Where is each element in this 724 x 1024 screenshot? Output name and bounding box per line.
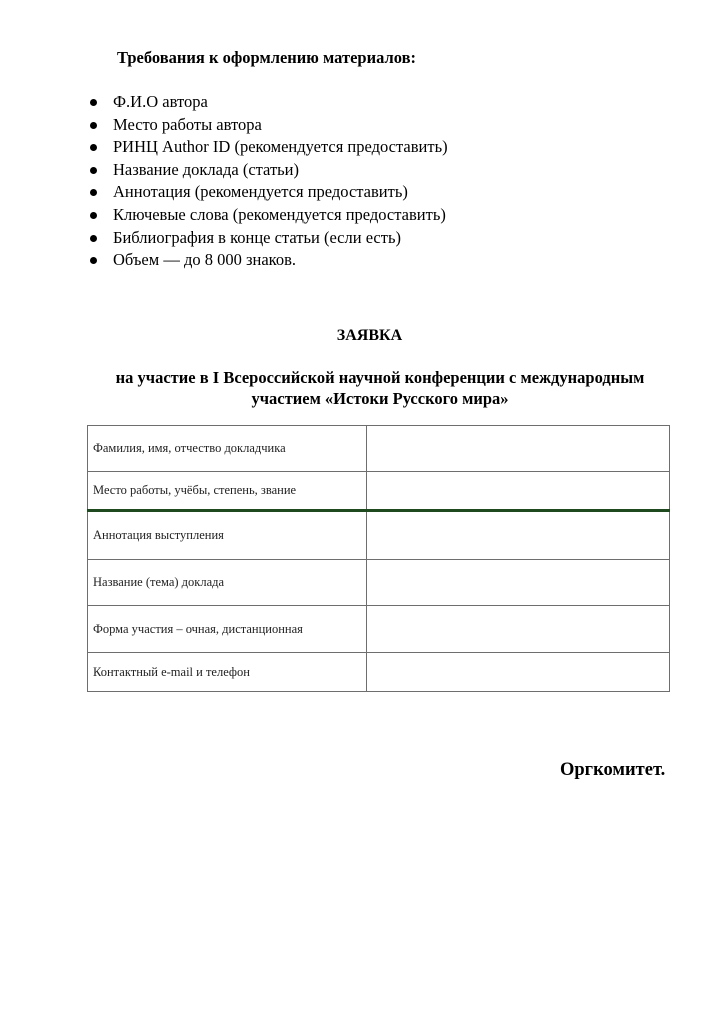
field-label-report-title: Название (тема) доклада (88, 560, 367, 606)
requirements-list: Ф.И.О автора Место работы автора РИНЦ Au… (88, 91, 448, 272)
bullet-icon (90, 189, 97, 196)
requirement-item: Аннотация (рекомендуется предоставить) (88, 181, 448, 204)
field-value-full-name[interactable] (367, 426, 670, 472)
bullet-icon (90, 212, 97, 219)
requirement-item: Ключевые слова (рекомендуется предостави… (88, 204, 448, 227)
requirements-title: Требования к оформлению материалов: (117, 48, 416, 68)
bullet-icon (90, 99, 97, 106)
field-value-workplace[interactable] (367, 472, 670, 511)
table-row: Название (тема) доклада (88, 560, 670, 606)
field-value-report-title[interactable] (367, 560, 670, 606)
bullet-icon (90, 122, 97, 129)
field-label-participation-form: Форма участия – очная, дистанционная (88, 606, 367, 653)
signature: Оргкомитет. (560, 760, 665, 781)
requirement-item: Место работы автора (88, 114, 448, 137)
requirement-item: Название доклада (статьи) (88, 159, 448, 182)
application-form-table: Фамилия, имя, отчество докладчика Место … (87, 425, 670, 692)
field-label-full-name: Фамилия, имя, отчество докладчика (88, 426, 367, 472)
bullet-icon (90, 144, 97, 151)
requirement-item: Объем — до 8 000 знаков. (88, 249, 448, 272)
field-label-contacts: Контактный e-mail и телефон (88, 653, 367, 692)
table-row: Аннотация выступления (88, 511, 670, 560)
field-value-abstract[interactable] (367, 511, 670, 560)
application-title: ЗАЯВКА (0, 327, 724, 345)
requirement-item: РИНЦ Author ID (рекомендуется предостави… (88, 136, 448, 159)
requirement-item: Библиография в конце статьи (если есть) (88, 227, 448, 250)
field-value-contacts[interactable] (367, 653, 670, 692)
requirement-item: Ф.И.О автора (88, 91, 448, 114)
table-row: Форма участия – очная, дистанционная (88, 606, 670, 653)
bullet-icon (90, 257, 97, 264)
bullet-icon (90, 235, 97, 242)
field-value-participation-form[interactable] (367, 606, 670, 653)
field-label-workplace: Место работы, учёбы, степень, звание (88, 472, 367, 511)
application-subtitle: на участие в I Всероссийской научной кон… (80, 367, 680, 409)
field-label-abstract: Аннотация выступления (88, 511, 367, 560)
table-row: Место работы, учёбы, степень, звание (88, 472, 670, 511)
table-row: Фамилия, имя, отчество докладчика (88, 426, 670, 472)
table-row: Контактный e-mail и телефон (88, 653, 670, 692)
bullet-icon (90, 167, 97, 174)
